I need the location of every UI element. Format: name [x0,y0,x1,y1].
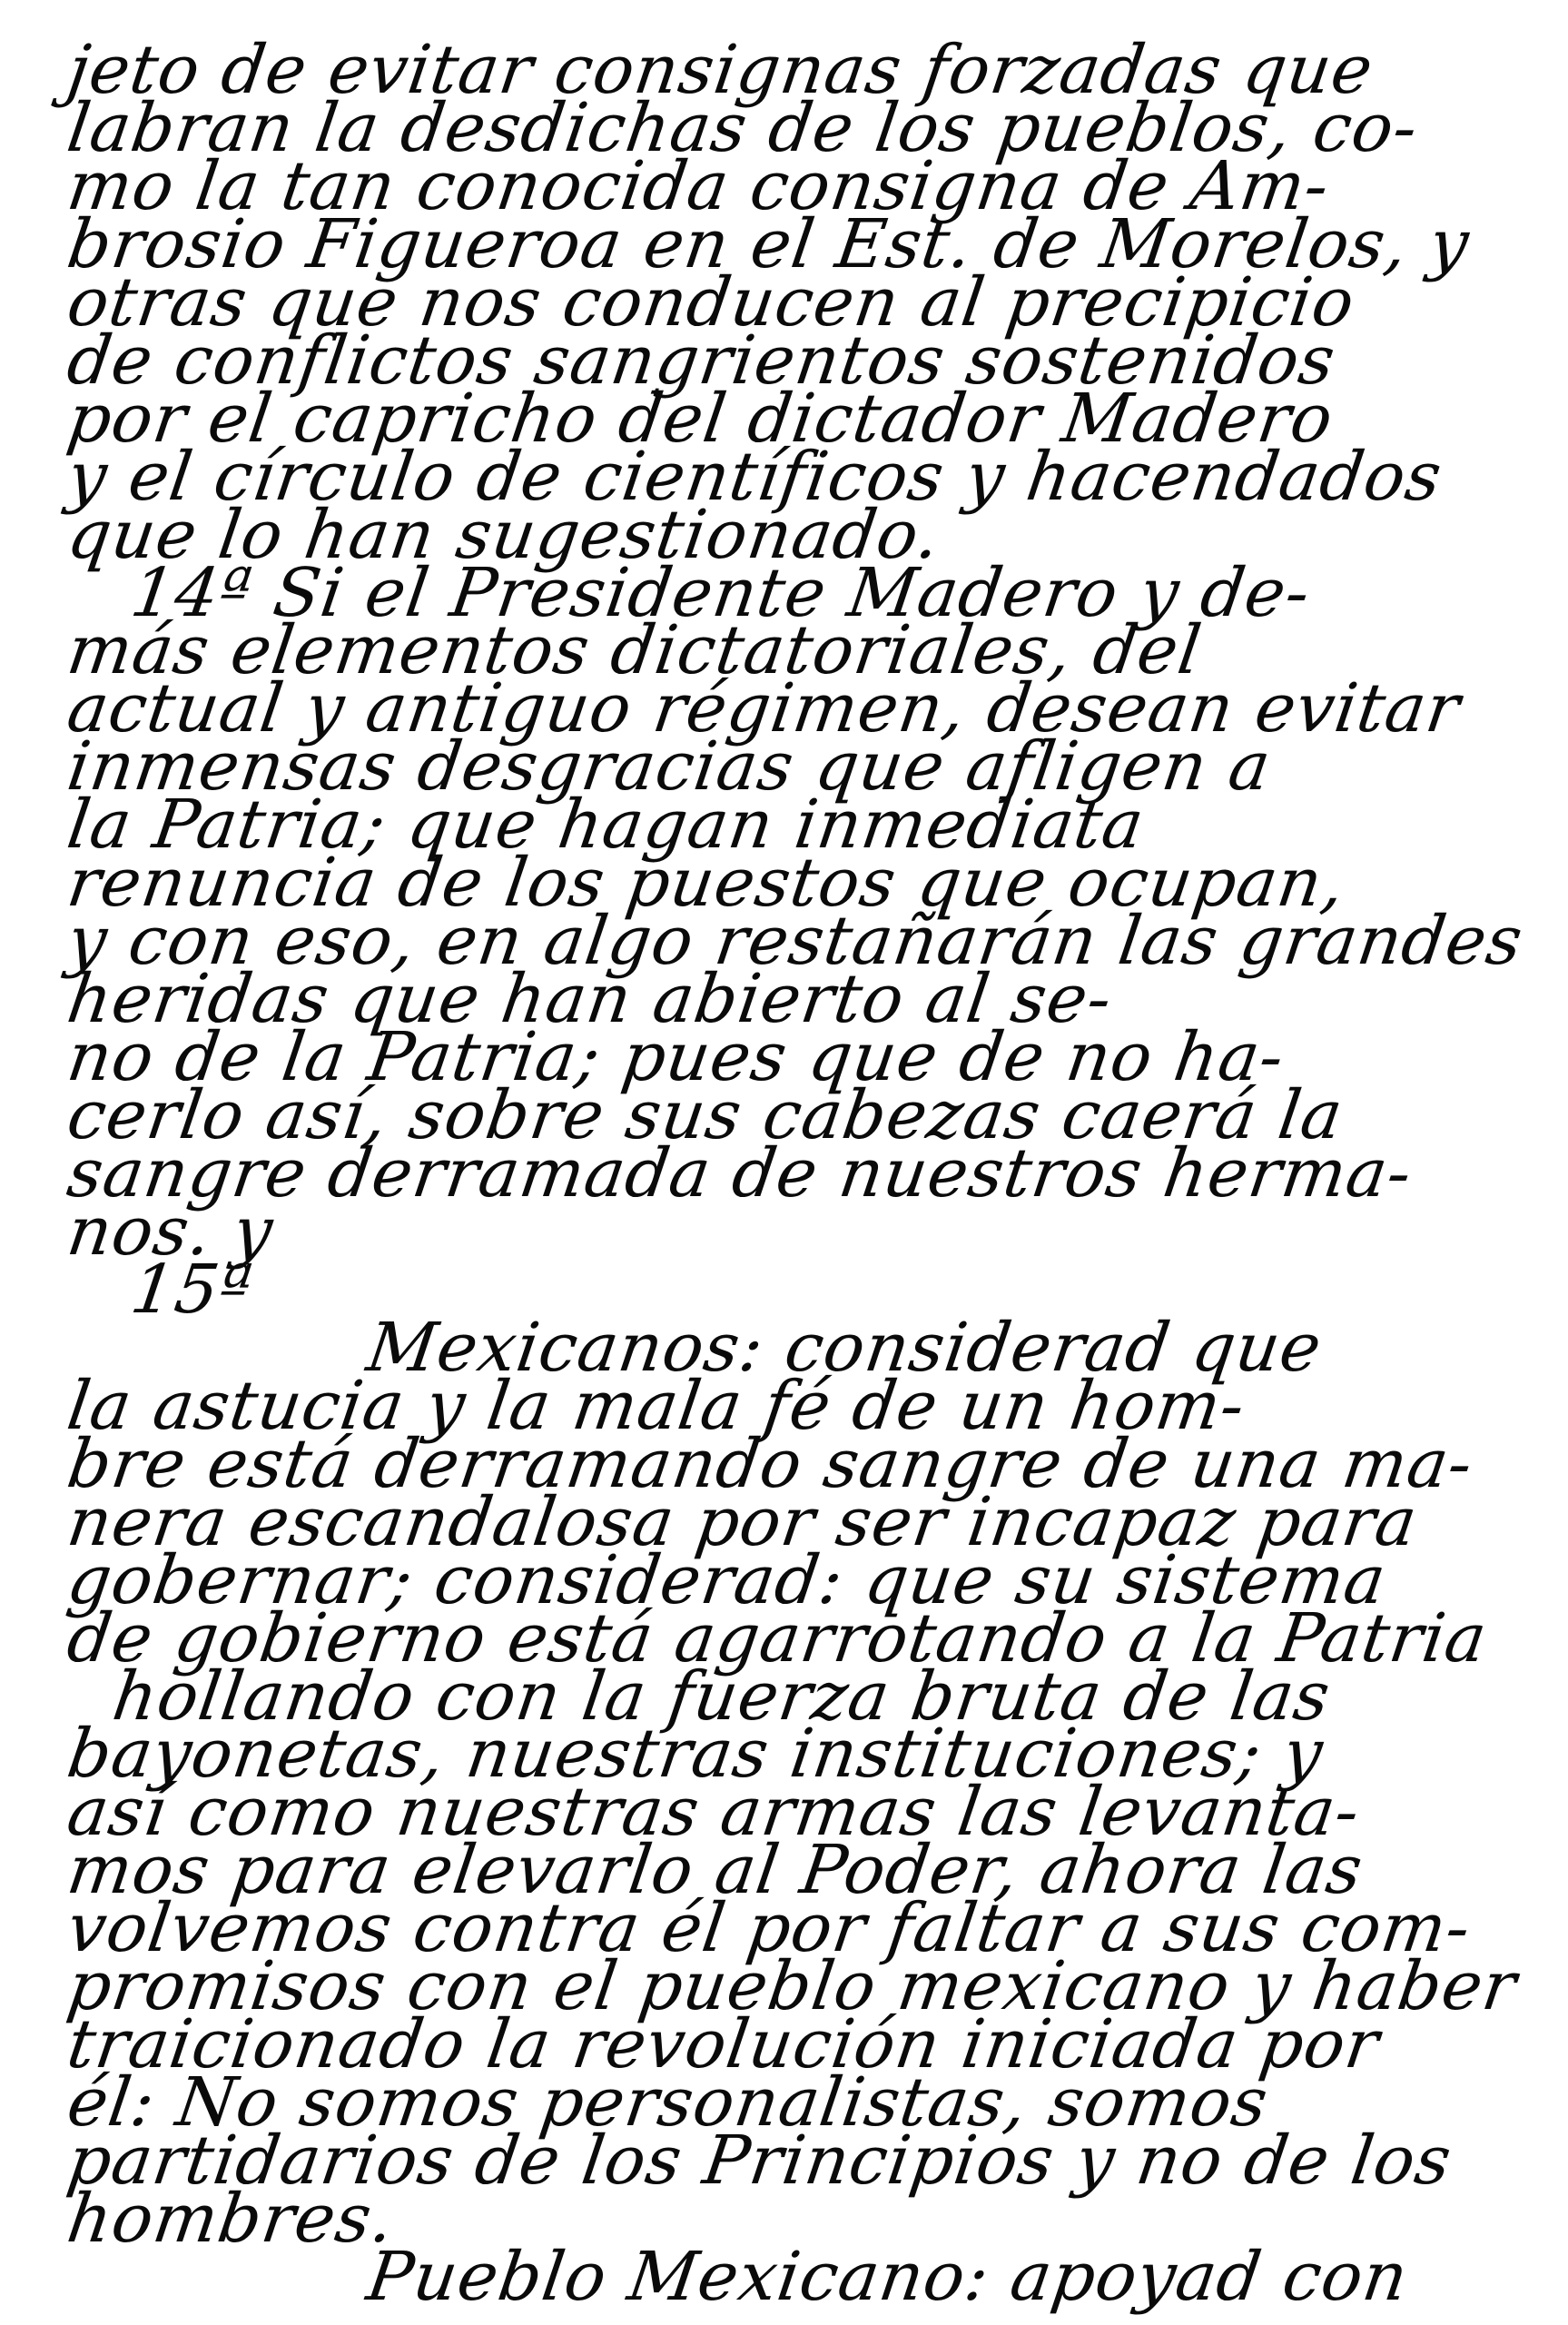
article-15-heading: 15ª [127,1256,257,1323]
manuscript-line: Pueblo Mexicano: apoyad con [363,2243,1412,2310]
manuscript-line: hombres. [64,2185,399,2252]
manuscript-page: jeto de evitar consignas forzadas que la… [0,0,1568,2325]
